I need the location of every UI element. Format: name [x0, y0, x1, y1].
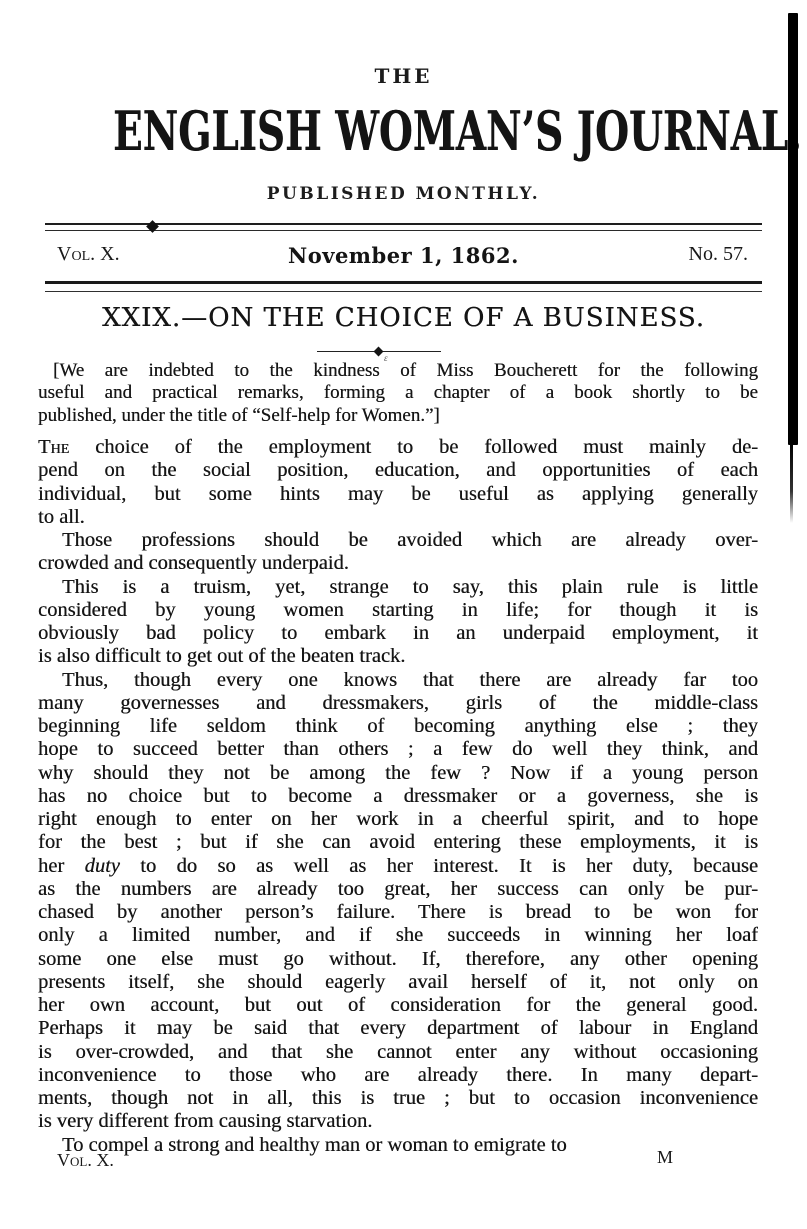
text-line: beginning life seldom think of becoming …: [38, 715, 758, 738]
section-divider: ε: [317, 346, 441, 360]
text-line: Thus, though every one knows that there …: [38, 669, 758, 692]
text-line: The choice of the employment to be follo…: [38, 436, 758, 459]
text-line: to all.: [38, 506, 758, 529]
text-line: her own account, but out of consideratio…: [38, 994, 758, 1017]
text-line: only a limited number, and if she succee…: [38, 924, 758, 947]
journal-page-scan: THE ENGLISH WOMAN’S JOURNAL. PUBLISHED M…: [0, 0, 807, 1229]
scan-edge-artifact-tail: [790, 443, 793, 523]
text-line: published, under the title of “Self-help…: [38, 405, 758, 427]
page-footer: Vol. X. M: [45, 1150, 762, 1174]
article-body: The choice of the employment to be follo…: [38, 436, 758, 1157]
text-line: some one else must go without. If, there…: [38, 948, 758, 971]
journal-pretitle: THE: [0, 64, 807, 88]
double-rule-bottom: [45, 281, 762, 292]
scan-edge-artifact: [788, 13, 798, 445]
text-line: pend on the social position, education, …: [38, 459, 758, 482]
text-line: useful and practical remarks, forming a …: [38, 382, 758, 404]
text-line: [We are indebted to the kindness of Miss…: [38, 360, 758, 382]
text-line: Those professions should be avoided whic…: [38, 529, 758, 552]
article-heading: XXIX.—ON THE CHOICE OF A BUSINESS.: [0, 303, 807, 333]
issue-info-row: Vol. X. November 1, 1862. No. 57.: [45, 243, 762, 269]
text-line: presents itself, she should eagerly avai…: [38, 971, 758, 994]
text-line: is also difficult to get out of the beat…: [38, 645, 758, 668]
text-line: has no choice but to become a dressmaker…: [38, 785, 758, 808]
text-line: chased by another person’s failure. Ther…: [38, 901, 758, 924]
issue-date: November 1, 1862.: [45, 243, 762, 268]
editorial-note: [We are indebted to the kindness of Miss…: [38, 360, 758, 427]
text-line: considered by young women starting in li…: [38, 599, 758, 622]
text-line: is very different from causing starvatio…: [38, 1110, 758, 1133]
printers-signature-mark: M: [657, 1147, 673, 1168]
text-line: hope to succeed better than others ; a f…: [38, 738, 758, 761]
divider-diamond-icon: [374, 347, 384, 357]
text-line: for the best ; but if she can avoid ente…: [38, 831, 758, 854]
journal-subtitle: PUBLISHED MONTHLY.: [0, 184, 807, 204]
text-line: is over-crowded, and that she cannot ent…: [38, 1041, 758, 1064]
text-line: inconvenience to those who are already t…: [38, 1064, 758, 1087]
text-line: This is a truism, yet, strange to say, t…: [38, 576, 758, 599]
text-line: right enough to enter on her work in a c…: [38, 808, 758, 831]
text-line: many governesses and dressmakers, girls …: [38, 692, 758, 715]
text-line: her duty to do so as well as her interes…: [38, 855, 758, 878]
text-line: individual, but some hints may be useful…: [38, 483, 758, 506]
text-line: obviously bad policy to embark in an und…: [38, 622, 758, 645]
text-line: crowded and consequently underpaid.: [38, 552, 758, 575]
text-line: Perhaps it may be said that every depart…: [38, 1017, 758, 1040]
journal-title: ENGLISH WOMAN’S JOURNAL.: [113, 103, 694, 160]
text-line: why should they not be among the few ? N…: [38, 762, 758, 785]
footer-volume-label: Vol. X.: [57, 1150, 114, 1171]
text-line: as the numbers are already too great, he…: [38, 878, 758, 901]
text-line: ments, though not in all, this is true ;…: [38, 1087, 758, 1110]
